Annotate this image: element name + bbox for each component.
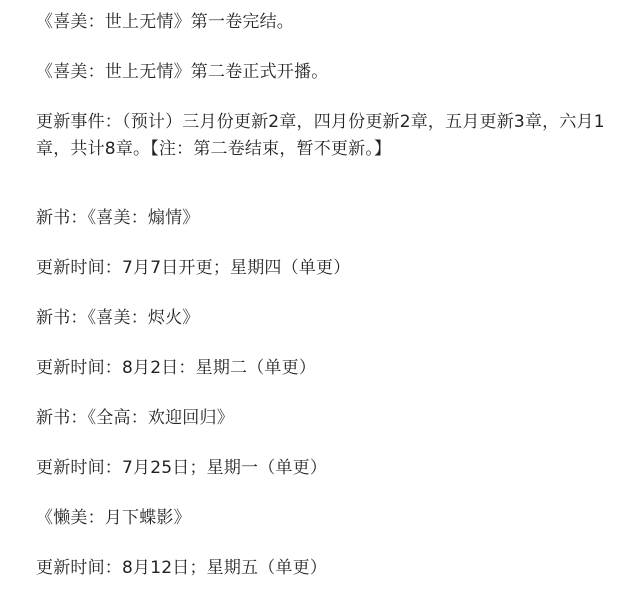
volume-one-complete-line: 《喜美：世上无情》第一卷完结。 [36,9,604,36]
book-title-xi-mei-shan-qing: 新书：《喜美：煽情》 [36,205,604,232]
update-event-line-1: 更新事件：（预计）三月份更新2章，四月份更新2章，五月更新3章，六月1 [36,109,604,136]
volume-two-start-line: 《喜美：世上无情》第二卷正式开播。 [36,59,604,86]
book-schedule-xi-mei-shan-qing: 更新时间：7月7日开更；星期四（单更） [36,255,604,282]
update-event-paragraph: 更新事件：（预计）三月份更新2章，四月份更新2章，五月更新3章，六月1 章，共计… [36,109,604,163]
update-event-line-2: 章，共计8章。【注：第二卷结束，暂不更新。】 [36,136,604,163]
announcement-document: 《喜美：世上无情》第一卷完结。 《喜美：世上无情》第二卷正式开播。 更新事件：（… [0,0,640,582]
book-title-xi-mei-jin-huo: 新书：《喜美：烬火》 [36,305,604,332]
book-title-quan-gao-huan-ying-hui-gui: 新书：《全高：欢迎回归》 [36,405,604,432]
book-schedule-xi-mei-jin-huo: 更新时间：8月2日：星期二（单更） [36,355,604,382]
book-title-lan-mei-yue-xia-die-ying: 《懒美：月下蝶影》 [36,505,604,532]
book-schedule-quan-gao-huan-ying-hui-gui: 更新时间：7月25日；星期一（单更） [36,455,604,482]
book-schedule-lan-mei-yue-xia-die-ying: 更新时间：8月12日；星期五（单更） [36,555,604,582]
